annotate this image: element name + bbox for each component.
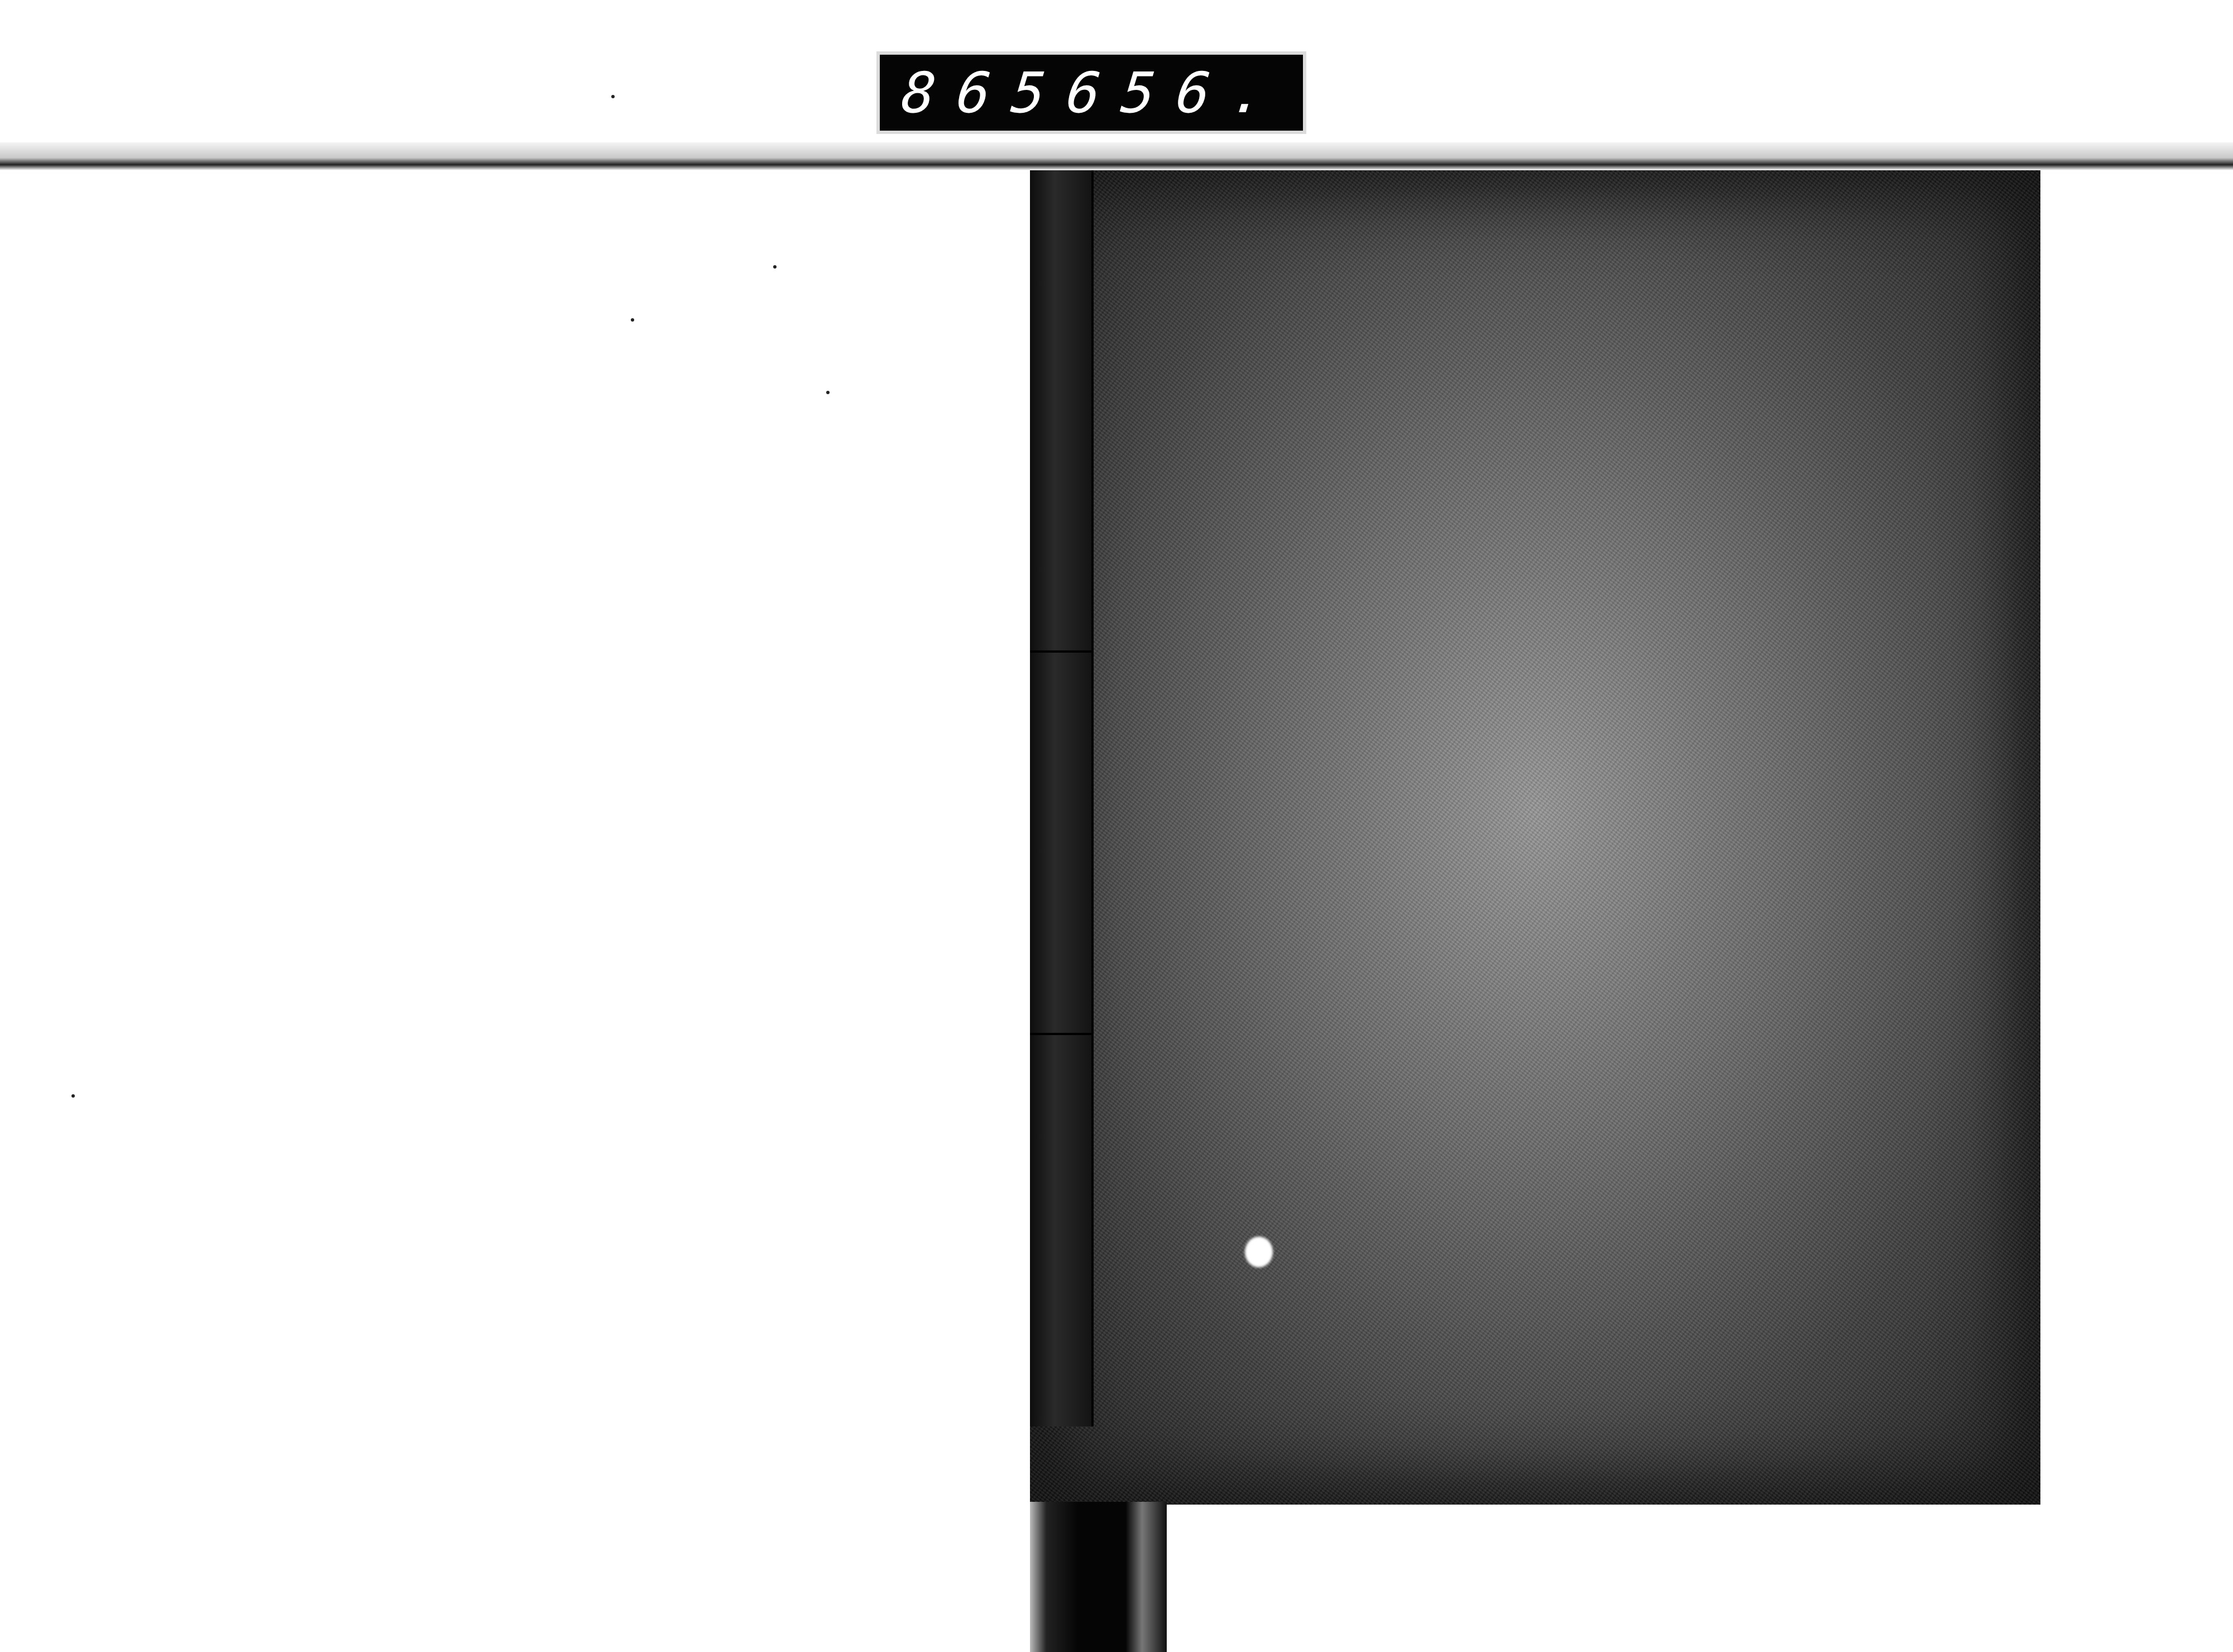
- scan-speck: [631, 318, 634, 322]
- book-cover: [1030, 170, 2040, 1505]
- book-spine-bottom: [1030, 1502, 1167, 1652]
- scan-speck: [826, 391, 830, 394]
- film-label-right-number: 656.: [1063, 60, 1290, 126]
- scan-speck: [71, 1094, 75, 1098]
- scan-speck: [773, 265, 777, 269]
- spine-divider: [1030, 1033, 1091, 1035]
- scan-top-edge: [0, 142, 2233, 170]
- book-spine-strip: [1030, 170, 1094, 1426]
- spine-divider: [1030, 650, 1091, 653]
- film-label-left-number: 865: [899, 60, 1070, 126]
- film-reel-label: 865 656.: [876, 51, 1306, 134]
- scan-speck: [611, 95, 615, 98]
- cover-wear-spot: [1245, 1237, 1273, 1267]
